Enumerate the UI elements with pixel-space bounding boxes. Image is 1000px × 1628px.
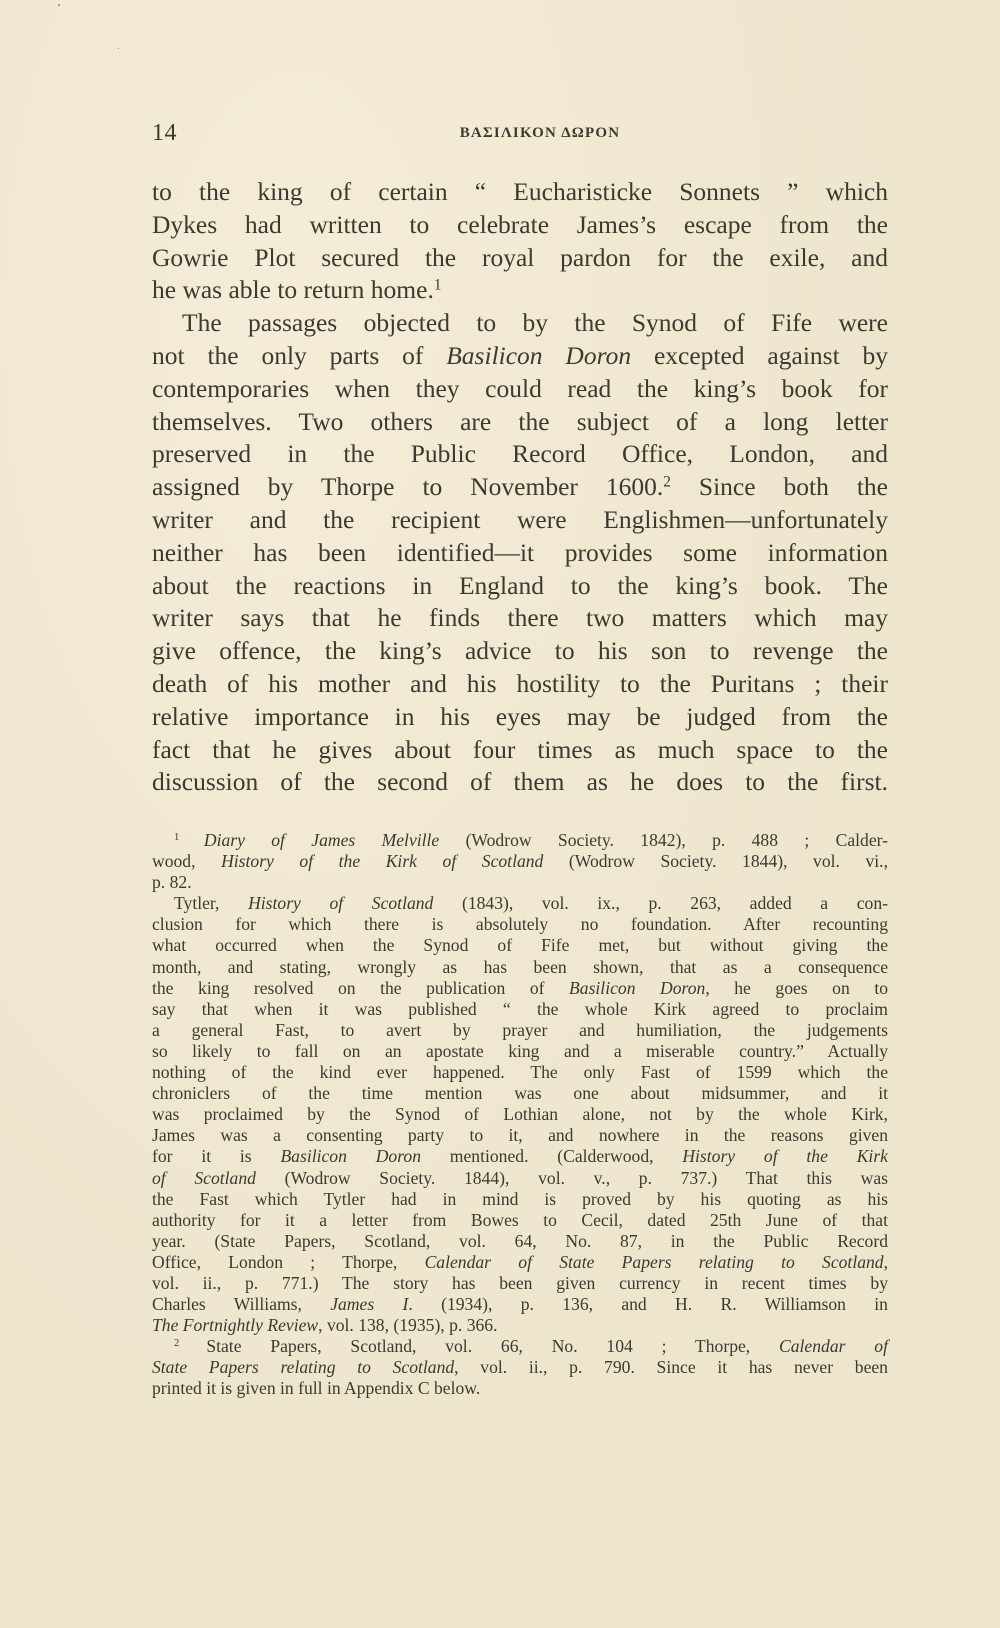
- footnote-line: year. (State Papers, Scotland, vol. 64, …: [152, 1231, 888, 1252]
- citation-title: Calendar of State Papers relating to Sco…: [425, 1252, 888, 1272]
- text-line: neither has been identified—it provides …: [152, 537, 888, 570]
- citation-title: Basilicon Doron: [569, 978, 705, 998]
- text-line: to the king of certain “ Eucharisticke S…: [152, 176, 888, 209]
- text-line: discussion of the second of them as he d…: [152, 766, 888, 799]
- footnote-line: the Fast which Tytler had in mind is pro…: [152, 1189, 888, 1210]
- footnote-line: 2 State Papers, Scotland, vol. 66, No. 1…: [152, 1336, 888, 1357]
- text-fragment: the Fast which Tytler had in mind is pro…: [152, 1189, 888, 1209]
- text-fragment: year. (State Papers, Scotland, vol. 64, …: [152, 1231, 888, 1251]
- text-fragment: the king resolved on the publication of: [152, 978, 569, 998]
- text-fragment: vol. ii., p. 771.) The story has been gi…: [152, 1273, 888, 1293]
- text-fragment: clusion for which there is absolutely no…: [152, 914, 888, 934]
- footnote-line: Office, London ; Thorpe, Calendar of Sta…: [152, 1252, 888, 1273]
- citation-title: History of Scotland: [248, 893, 433, 913]
- footnotes: 1 Diary of James Melville (Wodrow Societ…: [152, 830, 888, 1400]
- footnote-line: vol. ii., p. 771.) The story has been gi…: [152, 1273, 888, 1294]
- text-line: preserved in the Public Record Office, L…: [152, 438, 888, 471]
- text-fragment: assigned by Thorpe to November 1600.: [152, 472, 663, 501]
- text-line: Gowrie Plot secured the royal pardon for…: [152, 242, 888, 275]
- citation-title: James I: [330, 1294, 408, 1314]
- text-line: relative importance in his eyes may be j…: [152, 701, 888, 734]
- footnote-line: The Fortnightly Review, vol. 138, (1935)…: [152, 1315, 888, 1336]
- text-fragment: chroniclers of the time mention was one …: [152, 1083, 888, 1103]
- text-line: assigned by Thorpe to November 1600.2 Si…: [152, 471, 888, 504]
- text-fragment: month, and stating, wrongly as has been …: [152, 957, 888, 977]
- text-fragment: Since both the: [699, 472, 888, 501]
- text-fragment: was proclaimed by the Synod of Lothian a…: [152, 1104, 888, 1124]
- footnote-marker: 1: [174, 832, 204, 843]
- text-line: writer and the recipient were Englishmen…: [152, 504, 888, 537]
- text-fragment: Tytler,: [174, 893, 248, 913]
- text-fragment: p. 82.: [152, 872, 192, 892]
- citation-title: Calendar of: [779, 1336, 888, 1356]
- text-line: about the reactions in England to the ki…: [152, 570, 888, 603]
- citation-title: State Papers relating to Scotland: [152, 1357, 454, 1377]
- citation-title: Diary of James Melville: [204, 830, 439, 850]
- body-text: to the king of certain “ Eucharisticke S…: [152, 176, 888, 799]
- text-fragment: a general Fast, to avert by prayer and h…: [152, 1020, 888, 1040]
- text-line: not the only parts of Basilicon Doron ex…: [152, 340, 888, 373]
- text-fragment: printed it is given in full in Appendix …: [152, 1378, 480, 1398]
- book-title: Basilicon Doron: [446, 341, 631, 370]
- footnote-line: of Scotland (Wodrow Society. 1844), vol.…: [152, 1168, 888, 1189]
- footnote-marker: 2: [174, 1338, 206, 1349]
- text-line: themselves. Two others are the subject o…: [152, 406, 888, 439]
- footnote-line: what occurred when the Synod of Fife met…: [152, 935, 888, 956]
- text-line: The passages objected to by the Synod of…: [152, 307, 888, 340]
- text-line: contemporaries when they could read the …: [152, 373, 888, 406]
- text-fragment: mentioned. (Calderwood,: [421, 1146, 682, 1166]
- footnote-line: the king resolved on the publication of …: [152, 978, 888, 999]
- book-page: 14 ΒΑΣΙΛΙΚΟΝ ΔΩΡΟΝ to the king of certai…: [0, 0, 1000, 1628]
- text-line: fact that he gives about four times as m…: [152, 734, 888, 767]
- footnote-line: State Papers relating to Scotland, vol. …: [152, 1357, 888, 1378]
- text-fragment: so likely to fall on an apostate king an…: [152, 1041, 888, 1061]
- text-fragment: . (1934), p. 136, and H. R. Williamson i…: [408, 1294, 888, 1314]
- footnote-line: so likely to fall on an apostate king an…: [152, 1041, 888, 1062]
- footnote-line: wood, History of the Kirk of Scotland (W…: [152, 851, 888, 872]
- text-fragment: Office, London ; Thorpe,: [152, 1252, 425, 1272]
- footnote-line: chroniclers of the time mention was one …: [152, 1083, 888, 1104]
- citation-title: The Fortnightly Review: [152, 1315, 318, 1335]
- footnote-ref-1[interactable]: 1: [434, 277, 442, 294]
- text-fragment: excepted against by: [654, 341, 888, 370]
- footnote-line: for it is Basilicon Doron mentioned. (Ca…: [152, 1146, 888, 1167]
- citation-title: History of the Kirk of Scotland: [221, 851, 543, 871]
- text-fragment: he was able to return home.: [152, 275, 434, 304]
- text-fragment: (Wodrow Society. 1842), p. 488 ; Calder-: [439, 830, 888, 850]
- footnote-line: printed it is given in full in Appendix …: [152, 1378, 888, 1399]
- footnote-line: a general Fast, to avert by prayer and h…: [152, 1020, 888, 1041]
- footnote-line: James was a consenting party to it, and …: [152, 1125, 888, 1146]
- text-fragment: James was a consenting party to it, and …: [152, 1125, 888, 1145]
- text-fragment: (Wodrow Society. 1844), vol. v., p. 737.…: [256, 1168, 888, 1188]
- text-fragment: , he goes on to: [705, 978, 888, 998]
- footnote-line: nothing of the kind ever happened. The o…: [152, 1062, 888, 1083]
- footnote-line: month, and stating, wrongly as has been …: [152, 957, 888, 978]
- text-fragment: , vol. ii., p. 790. Since it has never b…: [454, 1357, 888, 1377]
- footnote-line: say that when it was published “ the who…: [152, 999, 888, 1020]
- text-fragment: Charles Williams,: [152, 1294, 330, 1314]
- citation-title: of Scotland: [152, 1168, 256, 1188]
- footnote-line: clusion for which there is absolutely no…: [152, 914, 888, 935]
- citation-title: Basilicon Doron: [280, 1146, 421, 1166]
- footnote-ref-2[interactable]: 2: [663, 474, 671, 491]
- text-line: Dykes had written to celebrate James’s e…: [152, 209, 888, 242]
- text-line: give offence, the king’s advice to his s…: [152, 635, 888, 668]
- running-title: ΒΑΣΙΛΙΚΟΝ ΔΩΡΟΝ: [152, 125, 888, 142]
- paper-speck: [118, 48, 119, 49]
- footnote-line: Tytler, History of Scotland (1843), vol.…: [152, 893, 888, 914]
- footnote-line: Charles Williams, James I. (1934), p. 13…: [152, 1294, 888, 1315]
- text-line: he was able to return home.1: [152, 274, 888, 307]
- text-line: writer says that he finds there two matt…: [152, 602, 888, 635]
- running-head: 14 ΒΑΣΙΛΙΚΟΝ ΔΩΡΟΝ: [152, 120, 888, 152]
- text-fragment: wood,: [152, 851, 221, 871]
- text-fragment: authority for it a letter from Bowes to …: [152, 1210, 888, 1230]
- footnote-line: was proclaimed by the Synod of Lothian a…: [152, 1104, 888, 1125]
- text-fragment: nothing of the kind ever happened. The o…: [152, 1062, 888, 1082]
- text-fragment: say that when it was published “ the who…: [152, 999, 888, 1019]
- footnote-line: p. 82.: [152, 872, 888, 893]
- footnote-line: authority for it a letter from Bowes to …: [152, 1210, 888, 1231]
- text-fragment: , vol. 138, (1935), p. 366.: [318, 1315, 497, 1335]
- paper-speck: [58, 4, 60, 6]
- footnote-line: 1 Diary of James Melville (Wodrow Societ…: [152, 830, 888, 851]
- text-fragment: State Papers, Scotland, vol. 66, No. 104…: [206, 1336, 779, 1356]
- text-line: death of his mother and his hostility to…: [152, 668, 888, 701]
- text-fragment: for it is: [152, 1146, 280, 1166]
- text-fragment: (Wodrow Society. 1844), vol. vi.,: [543, 851, 888, 871]
- text-fragment: not the only parts of: [152, 341, 423, 370]
- citation-title: History of the Kirk: [682, 1146, 888, 1166]
- text-fragment: what occurred when the Synod of Fife met…: [152, 935, 888, 955]
- text-fragment: (1843), vol. ix., p. 263, added a con-: [433, 893, 888, 913]
